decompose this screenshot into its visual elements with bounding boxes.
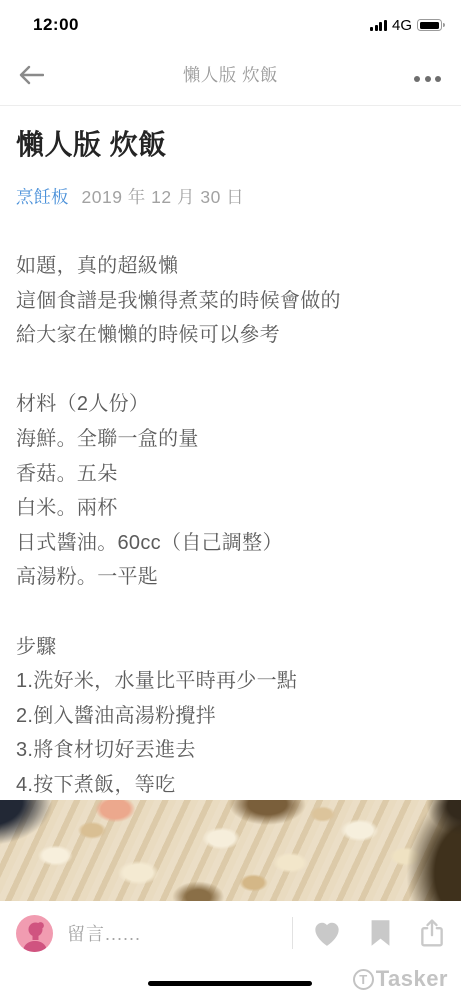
back-arrow-icon	[18, 65, 44, 85]
network-type: 4G	[392, 17, 412, 34]
app-screen: 12:00 4G 懶人版 炊飯 懶人版 炊飯 烹飪板 2019 年 12 月 3…	[0, 0, 461, 1000]
status-bar: 12:00 4G	[0, 0, 461, 44]
post-title: 懶人版 炊飯	[16, 123, 445, 163]
heart-icon	[312, 920, 342, 947]
post-meta: 烹飪板 2019 年 12 月 30 日	[16, 184, 445, 209]
post-date: 2019 年 12 月 30 日	[82, 184, 245, 209]
divider	[292, 917, 293, 949]
person-silhouette-icon	[16, 915, 53, 952]
comment-input[interactable]: 留言......	[67, 920, 292, 946]
tasker-logo-icon: T	[353, 969, 374, 990]
watermark-brand: Tasker	[376, 966, 448, 992]
bookmark-icon	[369, 919, 392, 947]
nav-bar: 懶人版 炊飯	[0, 44, 461, 106]
share-icon	[419, 918, 445, 948]
post-photo-rice[interactable]	[0, 800, 461, 901]
like-button[interactable]	[312, 920, 342, 947]
footer: T Tasker	[0, 965, 461, 1000]
nav-title: 懶人版 炊飯	[0, 62, 461, 87]
post-body: 如題，真的超級懶 這個食譜是我懶得煮菜的時候會做的 給大家在懶懶的時候可以參考 …	[16, 249, 445, 800]
signal-strength-icon	[370, 20, 387, 31]
more-options-button[interactable]	[412, 70, 443, 88]
clock: 12:00	[33, 15, 79, 35]
back-button[interactable]	[14, 59, 48, 91]
watermark: T Tasker	[353, 966, 448, 992]
home-indicator[interactable]	[148, 981, 312, 986]
avatar	[16, 915, 53, 952]
bookmark-button[interactable]	[369, 919, 392, 947]
battery-icon	[417, 19, 445, 31]
post-article: 懶人版 炊飯 烹飪板 2019 年 12 月 30 日 如題，真的超級懶 這個食…	[0, 106, 461, 800]
comment-action-bar: 留言......	[0, 901, 461, 965]
share-button[interactable]	[419, 918, 445, 948]
board-link[interactable]: 烹飪板	[16, 184, 69, 209]
